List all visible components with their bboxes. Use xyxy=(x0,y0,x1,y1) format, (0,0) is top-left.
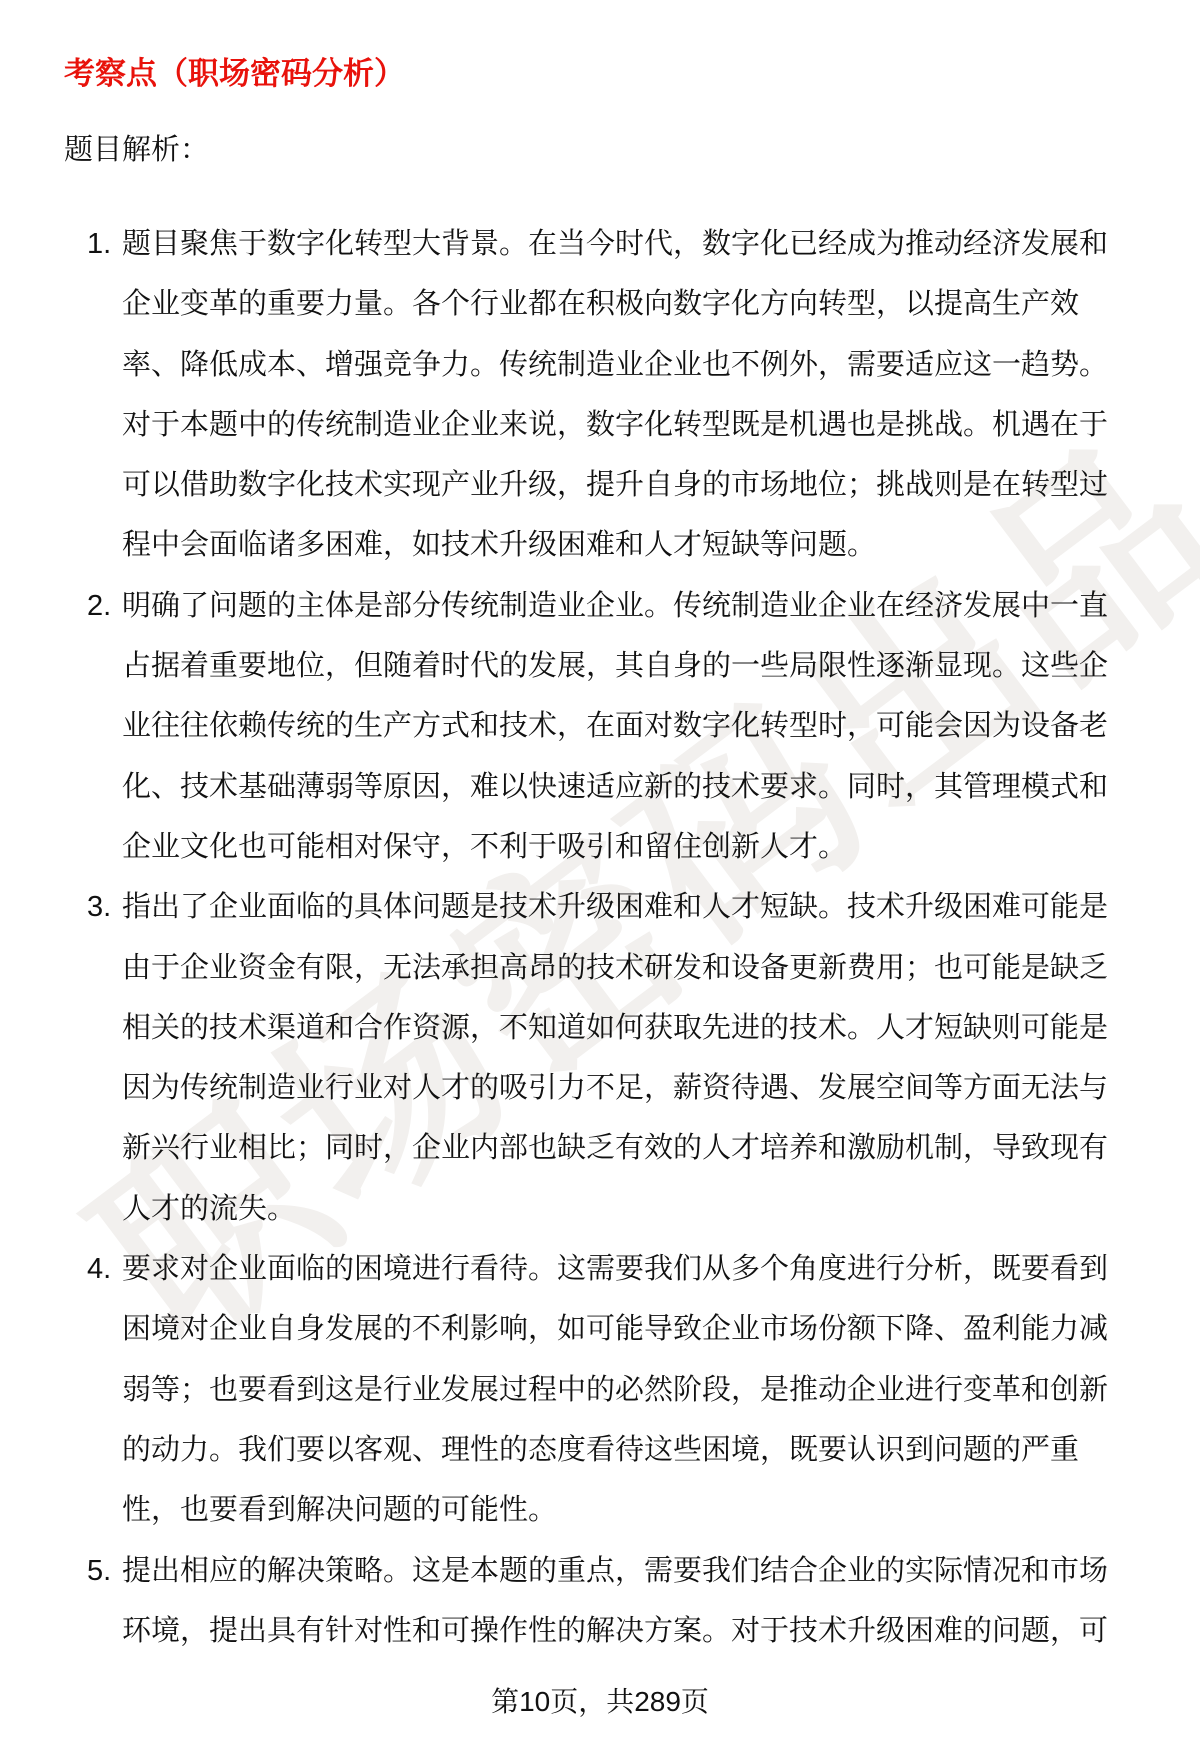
analysis-list: 1.题目聚焦于数字化转型大背景。在当今时代，数字化已经成为推动经济发展和企业变革… xyxy=(0,214,1200,1661)
text-line: 困境对企业自身发展的不利影响，如可能导致企业市场份额下降、盈利能力减 xyxy=(122,1299,1200,1359)
item-number: 4. xyxy=(87,1239,111,1299)
item-number: 1. xyxy=(87,214,111,274)
text-line: 人才的流失。 xyxy=(122,1179,1200,1239)
text-line: 性，也要看到解决问题的可能性。 xyxy=(122,1480,1200,1540)
text-line: 明确了问题的主体是部分传统制造业企业。传统制造业企业在经济发展中一直 xyxy=(122,576,1200,636)
analysis-item: 2.明确了问题的主体是部分传统制造业企业。传统制造业企业在经济发展中一直占据着重… xyxy=(0,576,1200,877)
item-lines: 要求对企业面临的困境进行看待。这需要我们从多个角度进行分析，既要看到困境对企业自… xyxy=(0,1239,1200,1540)
item-number: 2. xyxy=(87,576,111,636)
item-lines: 指出了企业面临的具体问题是技术升级困难和人才短缺。技术升级困难可能是由于企业资金… xyxy=(0,877,1200,1239)
text-line: 企业变革的重要力量。各个行业都在积极向数字化方向转型，以提高生产效 xyxy=(122,274,1200,334)
item-lines: 题目聚焦于数字化转型大背景。在当今时代，数字化已经成为推动经济发展和企业变革的重… xyxy=(0,214,1200,576)
item-lines: 提出相应的解决策略。这是本题的重点，需要我们结合企业的实际情况和市场环境，提出具… xyxy=(0,1541,1200,1662)
item-number: 3. xyxy=(87,877,111,937)
section-heading: 考察点（职场密码分析） xyxy=(64,54,405,94)
text-line: 企业文化也可能相对保守，不利于吸引和留住创新人才。 xyxy=(122,817,1200,877)
item-lines: 明确了问题的主体是部分传统制造业企业。传统制造业企业在经济发展中一直占据着重要地… xyxy=(0,576,1200,877)
analysis-item: 1.题目聚焦于数字化转型大背景。在当今时代，数字化已经成为推动经济发展和企业变革… xyxy=(0,214,1200,576)
text-line: 因为传统制造业行业对人才的吸引力不足，薪资待遇、发展空间等方面无法与 xyxy=(122,1058,1200,1118)
text-line: 由于企业资金有限，无法承担高昂的技术研发和设备更新费用；也可能是缺乏 xyxy=(122,938,1200,998)
text-line: 要求对企业面临的困境进行看待。这需要我们从多个角度进行分析，既要看到 xyxy=(122,1239,1200,1299)
text-line: 题目聚焦于数字化转型大背景。在当今时代，数字化已经成为推动经济发展和 xyxy=(122,214,1200,274)
text-line: 化、技术基础薄弱等原因，难以快速适应新的技术要求。同时，其管理模式和 xyxy=(122,757,1200,817)
analysis-item: 5.提出相应的解决策略。这是本题的重点，需要我们结合企业的实际情况和市场环境，提… xyxy=(0,1541,1200,1662)
text-line: 率、降低成本、增强竞争力。传统制造业企业也不例外，需要适应这一趋势。 xyxy=(122,335,1200,395)
analysis-item: 3.指出了企业面临的具体问题是技术升级困难和人才短缺。技术升级困难可能是由于企业… xyxy=(0,877,1200,1239)
text-line: 占据着重要地位，但随着时代的发展，其自身的一些局限性逐渐显现。这些企 xyxy=(122,636,1200,696)
text-line: 指出了企业面临的具体问题是技术升级困难和人才短缺。技术升级困难可能是 xyxy=(122,877,1200,937)
text-line: 提出相应的解决策略。这是本题的重点，需要我们结合企业的实际情况和市场 xyxy=(122,1541,1200,1601)
text-line: 可以借助数字化技术实现产业升级，提升自身的市场地位；挑战则是在转型过 xyxy=(122,455,1200,515)
item-number: 5. xyxy=(87,1541,111,1601)
text-line: 新兴行业相比；同时，企业内部也缺乏有效的人才培养和激励机制，导致现有 xyxy=(122,1118,1200,1178)
text-line: 的动力。我们要以客观、理性的态度看待这些困境，既要认识到问题的严重 xyxy=(122,1420,1200,1480)
text-line: 程中会面临诸多困难，如技术升级困难和人才短缺等问题。 xyxy=(122,515,1200,575)
text-line: 相关的技术渠道和合作资源，不知道如何获取先进的技术。人才短缺则可能是 xyxy=(122,998,1200,1058)
page-footer: 第10页，共289页 xyxy=(0,1684,1200,1720)
text-line: 业往往依赖传统的生产方式和技术，在面对数字化转型时，可能会因为设备老 xyxy=(122,696,1200,756)
text-line: 对于本题中的传统制造业企业来说，数字化转型既是机遇也是挑战。机遇在于 xyxy=(122,395,1200,455)
document-page: 职场密码出品 考察点（职场密码分析） 题目解析： 1.题目聚焦于数字化转型大背景… xyxy=(0,0,1200,1755)
text-line: 弱等；也要看到这是行业发展过程中的必然阶段，是推动企业进行变革和创新 xyxy=(122,1360,1200,1420)
text-line: 环境，提出具有针对性和可操作性的解决方案。对于技术升级困难的问题，可 xyxy=(122,1601,1200,1661)
intro-label: 题目解析： xyxy=(64,132,209,168)
analysis-item: 4.要求对企业面临的困境进行看待。这需要我们从多个角度进行分析，既要看到困境对企… xyxy=(0,1239,1200,1540)
